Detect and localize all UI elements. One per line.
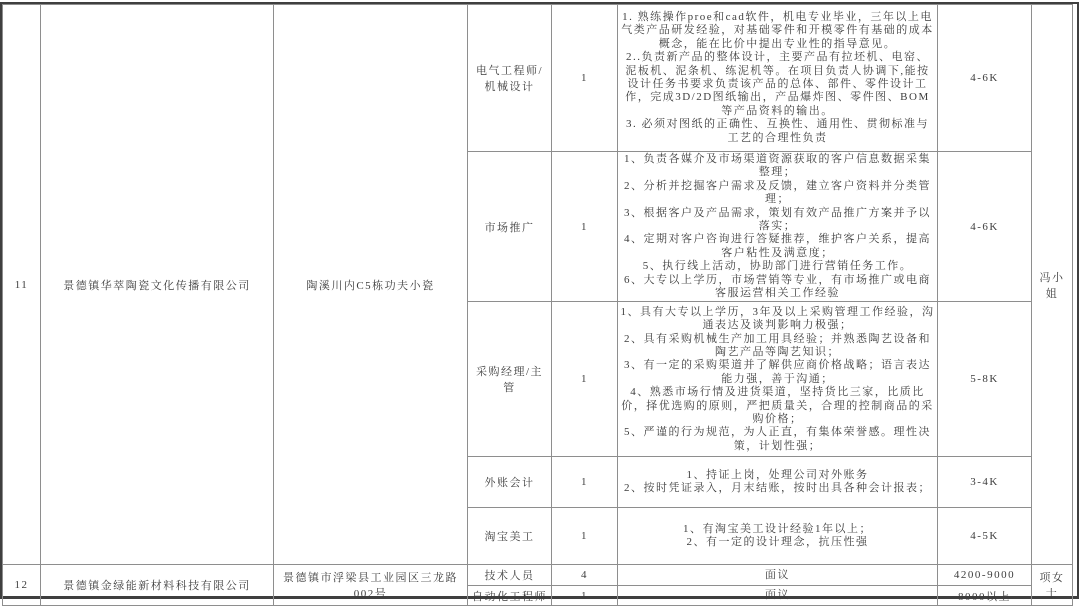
description-cell: 1、有淘宝美工设计经验1年以上； 2、有一定的设计理念，抗压性强 [618, 508, 938, 565]
address-cell: 景德镇市浮梁县工业园区三龙路002号 [274, 565, 468, 601]
position-cell: 电气工程师/机械设计 [468, 5, 552, 152]
position-cell: 淘宝美工 [468, 508, 552, 565]
salary-cell: 4-6K [938, 5, 1032, 152]
table-frame: 11 景德镇华萃陶瓷文化传播有限公司 陶溪川内C5栋功夫小瓷 电气工程师/机械设… [0, 2, 1079, 599]
table-row: 12 景德镇金绿能新材料科技有限公司 景德镇市浮梁县工业园区三龙路002号 技术… [3, 565, 1073, 586]
salary-cell: 4200-9000 [938, 565, 1032, 586]
description-cell: 面议 [618, 565, 938, 586]
headcount-cell: 1 [552, 586, 618, 601]
row-number-cell: 12 [3, 565, 41, 601]
description-cell: 1、负责各媒介及市场渠道资源获取的客户信息数据采集整理； 2、分析并挖掘客户需求… [618, 152, 938, 302]
description-cell: 1、具有大专以上学历，3年及以上采购管理工作经验，沟通表达及谈判影响力极强； 2… [618, 302, 938, 457]
table-row: 11 景德镇华萃陶瓷文化传播有限公司 陶溪川内C5栋功夫小瓷 电气工程师/机械设… [3, 5, 1073, 152]
description-cell: 1. 熟练操作proe和cad软件，机电专业毕业，三年以上电气类产品研发经验，对… [618, 5, 938, 152]
headcount-cell: 1 [552, 302, 618, 457]
position-cell: 外账会计 [468, 457, 552, 508]
headcount-cell: 4 [552, 565, 618, 586]
contact-cell: 冯小姐 [1032, 5, 1073, 565]
description-cell: 1、持证上岗，处理公司对外账务 2、按时凭证录入，月末结账，按时出具各种会计报表… [618, 457, 938, 508]
salary-cell: 8000以上 [938, 586, 1032, 601]
company-cell: 景德镇金绿能新材料科技有限公司 [41, 565, 274, 601]
salary-cell: 3-4K [938, 457, 1032, 508]
salary-cell: 4-6K [938, 152, 1032, 302]
headcount-cell: 1 [552, 457, 618, 508]
position-cell: 市场推广 [468, 152, 552, 302]
job-table: 11 景德镇华萃陶瓷文化传播有限公司 陶溪川内C5栋功夫小瓷 电气工程师/机械设… [2, 4, 1073, 601]
headcount-cell: 1 [552, 508, 618, 565]
address-cell: 陶溪川内C5栋功夫小瓷 [274, 5, 468, 565]
headcount-cell: 1 [552, 5, 618, 152]
row-number-cell: 11 [3, 5, 41, 565]
position-cell: 采购经理/主管 [468, 302, 552, 457]
company-cell: 景德镇华萃陶瓷文化传播有限公司 [41, 5, 274, 565]
position-cell: 自动化工程师 [468, 586, 552, 601]
salary-cell: 4-5K [938, 508, 1032, 565]
headcount-cell: 1 [552, 152, 618, 302]
salary-cell: 5-8K [938, 302, 1032, 457]
position-cell: 技术人员 [468, 565, 552, 586]
description-cell: 面议 [618, 586, 938, 601]
contact-cell: 项女士 [1032, 565, 1073, 601]
